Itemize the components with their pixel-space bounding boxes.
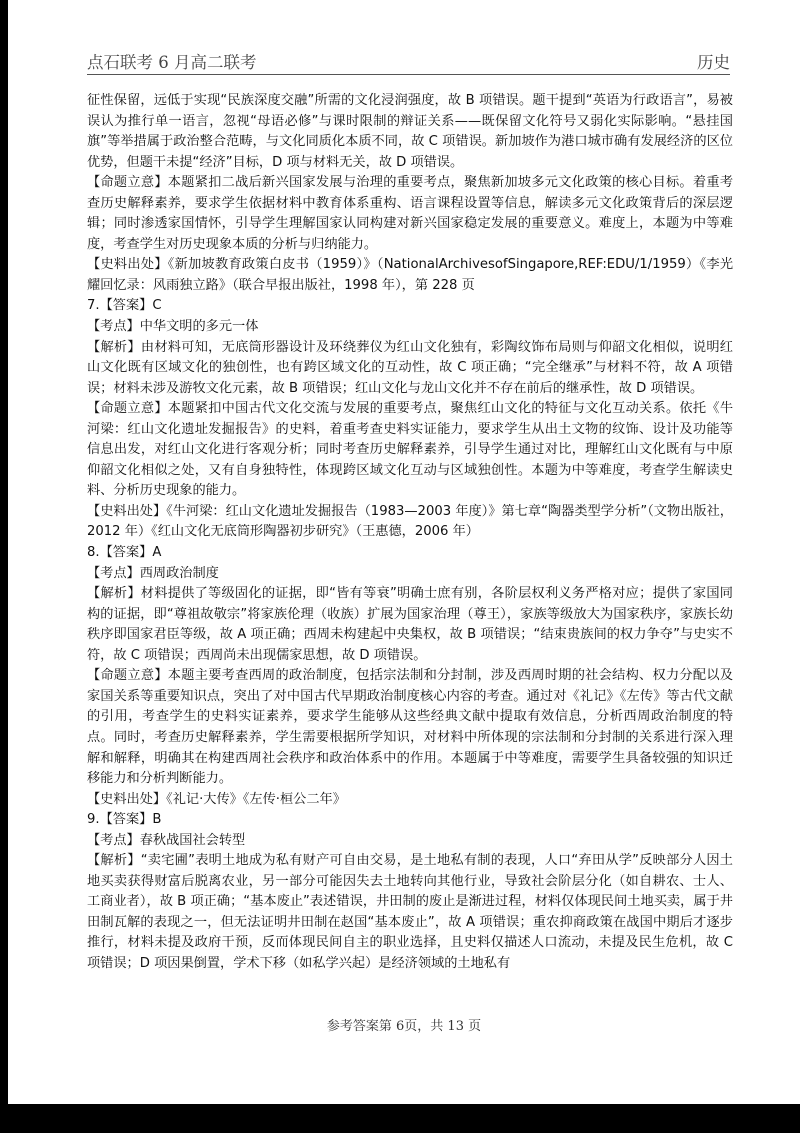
section-label: 【史料出处】 xyxy=(87,257,168,272)
q8-source: 【史料出处】《礼记·大传》《左传·桓公二年》 xyxy=(87,790,733,811)
section-label: 【考点】 xyxy=(87,833,140,848)
section-label: 【史料出处】 xyxy=(87,504,166,519)
section-label: 【解析】 xyxy=(87,586,141,601)
document-page: 点石联考 6 月高二联考 历史 征性保留，远低于实现“民族深度交融”所需的文化浸… xyxy=(8,0,800,1104)
q7-intent: 【命题立意】本题紧扣中国古代文化交流与发展的重要考点，聚焦红山文化的特征与文化互… xyxy=(87,399,733,502)
q7-answer: 7.【答案】C xyxy=(87,296,733,317)
paragraph-continuation: 征性保留，远低于实现“民族深度交融”所需的文化浸润强度，故 B 项错误。题干提到… xyxy=(87,91,733,173)
exam-title: 点石联考 6 月高二联考 xyxy=(87,49,257,73)
section-label: 8.【答案】 xyxy=(87,545,152,560)
page-footer: 参考答案第 6页，共 13 页 xyxy=(8,1015,800,1034)
section-label: 9.【答案】 xyxy=(87,812,152,827)
paragraph-q6-intent: 【命题立意】本题紧扣二战后新兴国家发展与治理的重要考点，聚焦新加坡多元文化政策的… xyxy=(87,173,733,255)
section-label: 【命题立意】 xyxy=(87,401,168,416)
q9-answer: 9.【答案】B xyxy=(87,810,733,831)
q8-answer: 8.【答案】A xyxy=(87,543,733,564)
q8-analysis: 【解析】材料提供了等级固化的证据，即“皆有等衰”明确士庶有别，各阶层权利义务严格… xyxy=(87,584,733,666)
section-label: 【考点】 xyxy=(87,319,140,334)
q7-analysis: 【解析】由材料可知，无底筒形器设计及环绕葬仪为红山文化独有，彩陶纹饰布局则与仰韶… xyxy=(87,338,733,400)
section-label: 7.【答案】 xyxy=(87,298,152,313)
section-label: 【命题立意】 xyxy=(87,175,168,190)
section-label: 【考点】 xyxy=(87,566,140,581)
q7-topic: 【考点】中华文明的多元一体 xyxy=(87,317,733,338)
subject-label: 历史 xyxy=(697,49,730,73)
section-label: 【解析】 xyxy=(87,853,141,868)
q9-topic: 【考点】春秋战国社会转型 xyxy=(87,831,733,852)
q9-analysis: 【解析】“卖宅圃”表明土地成为私有财产可自由交易，是土地私有制的表现，人口“弃田… xyxy=(87,851,733,974)
q8-intent: 【命题立意】本题主要考查西周的政治制度，包括宗法制和分封制，涉及西周时期的社会结… xyxy=(87,666,733,789)
section-label: 【命题立意】 xyxy=(87,668,168,683)
section-label: 【解析】 xyxy=(87,340,141,355)
paragraph-q6-source: 【史料出处】《新加坡教育政策白皮书（1959）》（NationalArchive… xyxy=(87,255,733,296)
q7-source: 【史料出处】《牛河梁：红山文化遗址发掘报告（1983—2003 年度）》第七章“… xyxy=(87,502,733,543)
q8-topic: 【考点】西周政治制度 xyxy=(87,564,733,585)
page-header: 点石联考 6 月高二联考 历史 xyxy=(87,50,730,75)
answer-body: 征性保留，远低于实现“民族深度交融”所需的文化浸润强度，故 B 项错误。题干提到… xyxy=(87,91,733,975)
section-label: 【史料出处】 xyxy=(87,792,166,807)
